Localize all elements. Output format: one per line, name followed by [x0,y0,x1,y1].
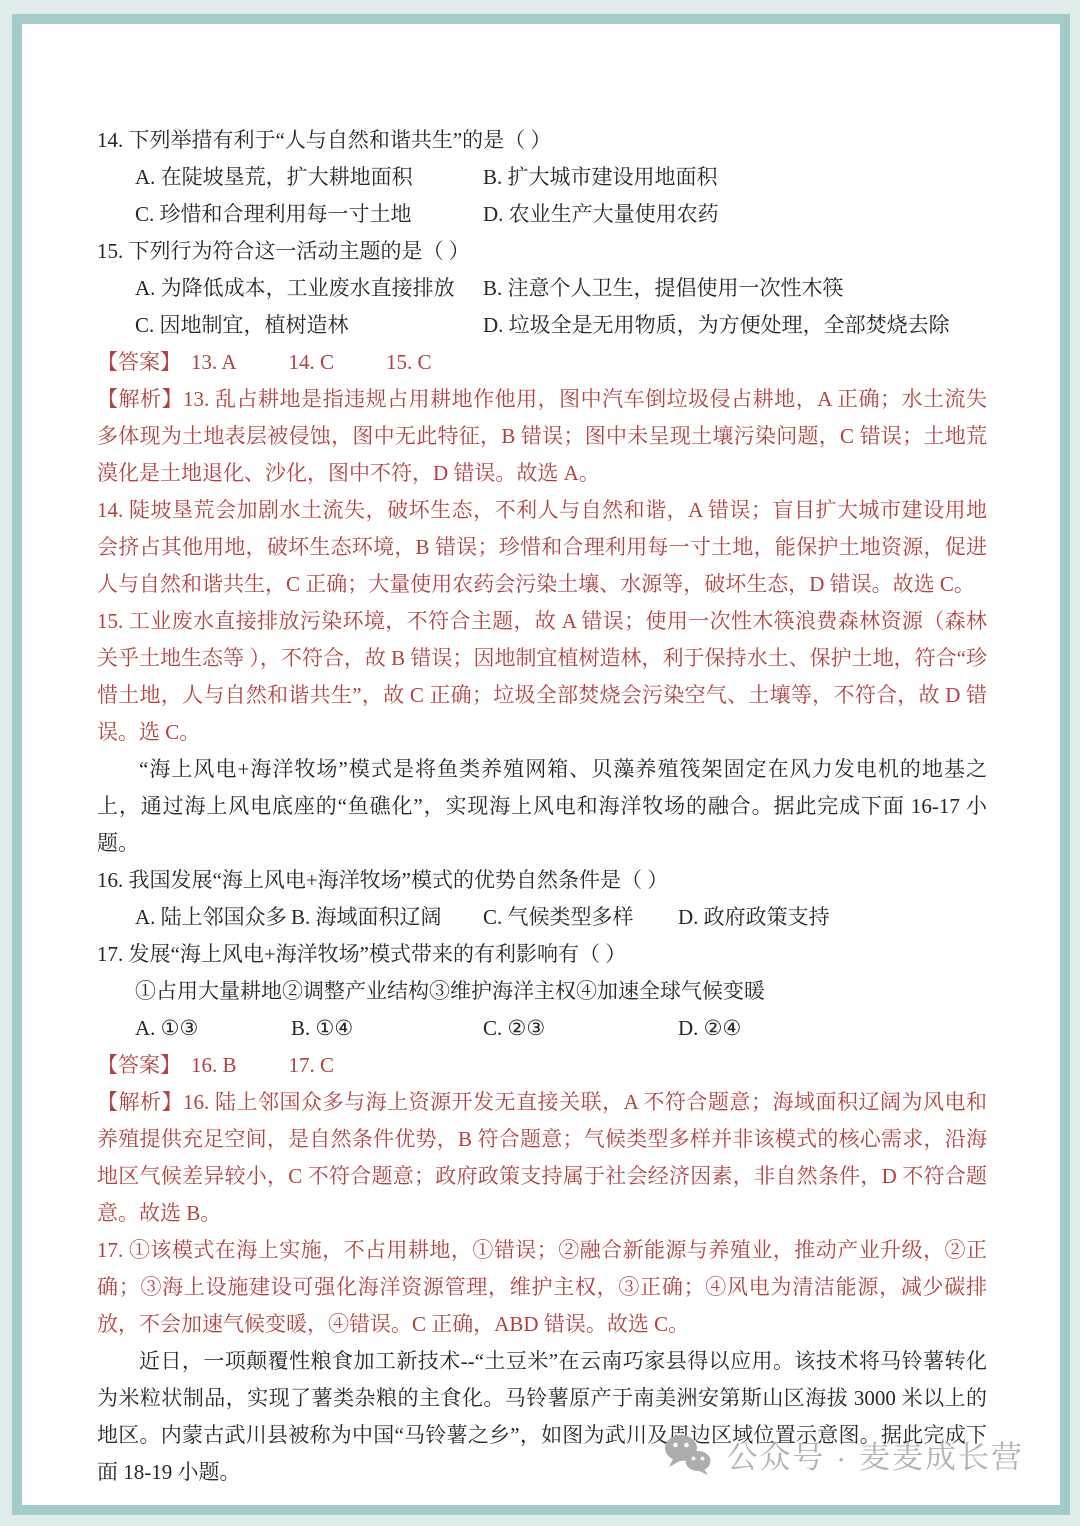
question-17-items: ①占用大量耕地②调整产业结构③维护海洋主权④加速全球气候变暖 [135,973,987,1010]
analysis-17: 17. ①该模式在海上实施，不占用耕地，①错误；②融合新能源与养殖业，推动产业升… [97,1232,987,1343]
answer-line-16-17: 【答案】16. B17. C [97,1047,987,1084]
option-14-b: B. 扩大城市建设用地面积 [483,159,987,196]
answer-item: 17. C [289,1047,335,1084]
question-16-options: A. 陆上邻国众多 B. 海域面积辽阔 C. 气候类型多样 D. 政府政策支持 [135,899,987,936]
option-16-a: A. 陆上邻国众多 [135,899,291,936]
analysis-15: 15. 工业废水直接排放污染环境，不符合主题，故 A 错误；使用一次性木筷浪费森… [97,603,987,751]
question-16-stem: 16. 我国发展“海上风电+海洋牧场”模式的优势自然条件是（ ） [97,862,987,899]
option-17-c: C. ②③ [483,1010,678,1047]
exam-content: 14. 下列举措有利于“人与自然和谐共生”的是（ ） A. 在陡坡垦荒，扩大耕地… [97,122,987,1491]
analysis-label: 【解析】 [97,1090,183,1114]
analysis-13-text: 13. 乱占耕地是指违规占用耕地作他用，图中汽车倒垃圾侵占耕地，A 正确；水土流… [97,387,987,485]
answer-label: 【答案】 [97,1047,181,1084]
option-16-b: B. 海域面积辽阔 [291,899,483,936]
answer-item: 13. A [191,344,237,381]
option-15-d: D. 垃圾全是无用物质，为方便处理，全部焚烧去除 [483,307,987,344]
option-17-b: B. ①④ [291,1010,483,1047]
question-14-stem: 14. 下列举措有利于“人与自然和谐共生”的是（ ） [97,122,987,159]
footer-label: 公众号 · 麦麦成长营 [726,1432,1024,1477]
option-16-d: D. 政府政策支持 [678,899,987,936]
option-15-c: C. 因地制宜，植树造林 [135,307,483,344]
passage-offshore-wind: “海上风电+海洋牧场”模式是将鱼类养殖网箱、贝藻养殖筏架固定在风力发电机的地基之… [97,751,987,862]
analysis-14: 14. 陡坡垦荒会加剧水土流失，破坏生态，不利人与自然和谐，A 错误；盲目扩大城… [97,492,987,603]
question-14-options: A. 在陡坡垦荒，扩大耕地面积 B. 扩大城市建设用地面积 C. 珍惜和合理利用… [135,159,987,233]
analysis-16: 【解析】16. 陆上邻国众多与海上资源开发无直接关联，A 不符合题意；海域面积辽… [97,1084,987,1232]
answer-line-13-15: 【答案】13. A14. C15. C [97,344,987,381]
option-17-a: A. ①③ [135,1010,291,1047]
option-14-c: C. 珍惜和合理利用每一寸土地 [135,196,483,233]
question-17-options: A. ①③ B. ①④ C. ②③ D. ②④ [135,1010,987,1047]
answer-item: 15. C [386,344,432,381]
wechat-icon [664,1434,712,1476]
footer-watermark: 公众号 · 麦麦成长营 [664,1432,1024,1477]
question-17-stem: 17. 发展“海上风电+海洋牧场”模式带来的有利影响有（ ） [97,936,987,973]
option-14-d: D. 农业生产大量使用农药 [483,196,987,233]
analysis-13: 【解析】13. 乱占耕地是指违规占用耕地作他用，图中汽车倒垃圾侵占耕地，A 正确… [97,381,987,492]
option-17-d: D. ②④ [678,1010,987,1047]
option-15-a: A. 为降低成本，工业废水直接排放 [135,270,483,307]
question-15-options: A. 为降低成本，工业废水直接排放 B. 注意个人卫生，提倡使用一次性木筷 C.… [135,270,987,344]
analysis-label: 【解析】 [97,387,183,411]
answer-item: 14. C [289,344,335,381]
answer-item: 16. B [191,1047,237,1084]
option-16-c: C. 气候类型多样 [483,899,678,936]
option-15-b: B. 注意个人卫生，提倡使用一次性木筷 [483,270,987,307]
analysis-16-text: 16. 陆上邻国众多与海上资源开发无直接关联，A 不符合题意；海域面积辽阔为风电… [97,1090,987,1225]
option-14-a: A. 在陡坡垦荒，扩大耕地面积 [135,159,483,196]
question-15-stem: 15. 下列行为符合这一活动主题的是（ ） [97,233,987,270]
answer-label: 【答案】 [97,344,181,381]
page: 14. 下列举措有利于“人与自然和谐共生”的是（ ） A. 在陡坡垦荒，扩大耕地… [12,14,1070,1515]
